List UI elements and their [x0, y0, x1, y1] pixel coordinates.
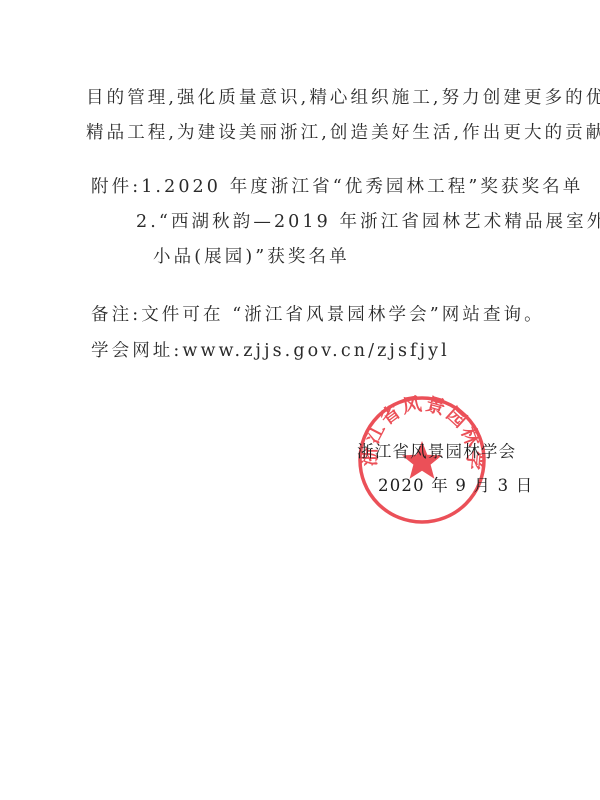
- website-text: 学会网址:www.zjjs.gov.cn/zjsfjyl: [91, 339, 450, 363]
- note-text: 备注:文件可在 “浙江省风景园林学会”网站查询。: [91, 303, 545, 327]
- signature-date: 2020 年 9 月 3 日: [378, 474, 534, 498]
- body-text-line-2: 精品工程,为建设美丽浙江,创造美好生活,作出更大的贡献。: [86, 121, 600, 145]
- signature-organization: 浙江省风景园林学会: [357, 440, 516, 464]
- attachment-item-2-line-2: 小品(展园)”获奖名单: [153, 245, 350, 269]
- attachment-item-2-line-1: 2.“西湖秋韵—2019 年浙江省园林艺术精品展室外园林: [136, 210, 600, 234]
- body-text-line-1: 目的管理,强化质量意识,精心组织施工,努力创建更多的优秀园林: [86, 86, 600, 110]
- attachment-item-1: 附件:1.2020 年度浙江省“优秀园林工程”奖获奖名单: [91, 175, 583, 199]
- document-page: 目的管理,强化质量意识,精心组织施工,努力创建更多的优秀园林 精品工程,为建设美…: [0, 0, 600, 800]
